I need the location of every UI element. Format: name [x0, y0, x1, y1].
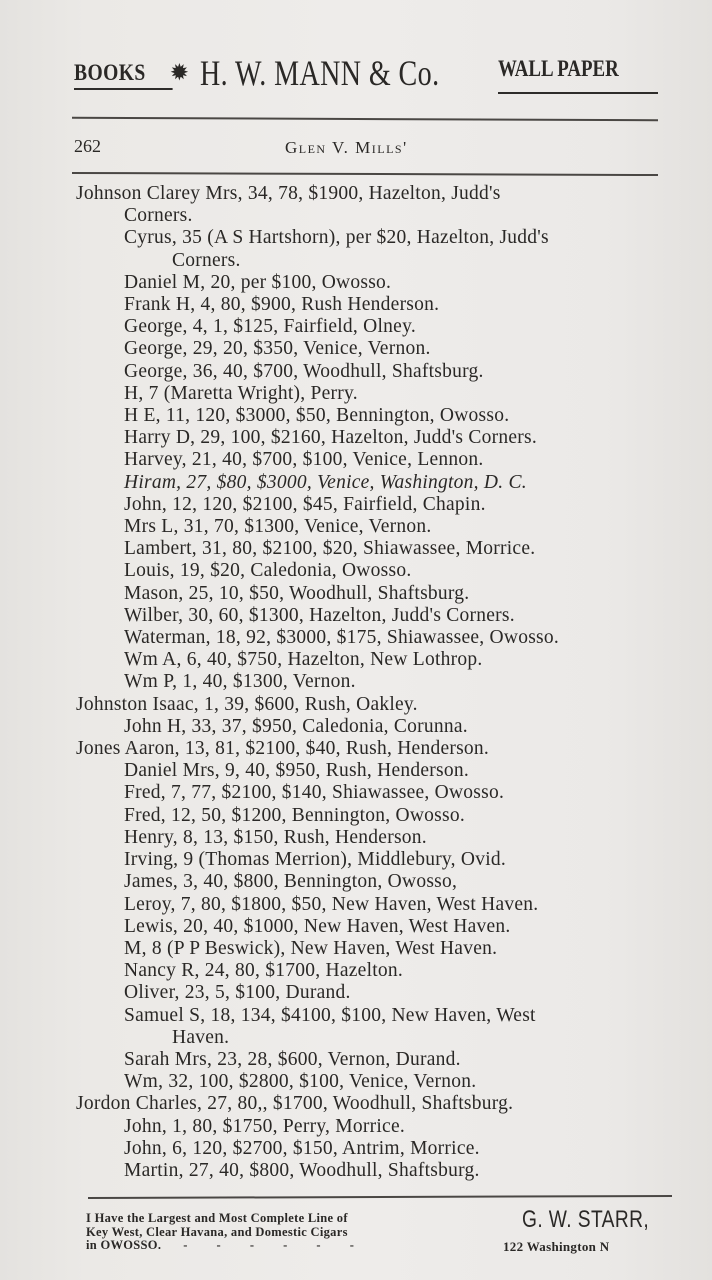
running-head-title: Glen V. Mills' [285, 138, 408, 158]
list-item: Samuel S, 18, 134, $4100, $100, New Have… [76, 1005, 666, 1049]
entry-text: Oliver, 23, 5, $100, Durand. [124, 982, 351, 1003]
list-item: John H, 33, 37, $950, Caledonia, Corunna… [76, 716, 666, 738]
list-item: Louis, 19, $20, Caledonia, Owosso. [76, 560, 666, 582]
entry-text: Jones Aaron, 13, 81, $2100, $40, Rush, H… [76, 738, 489, 759]
entry-text: Samuel S, 18, 134, $4100, $100, New Have… [124, 1005, 536, 1026]
entry-text: George, 29, 20, $350, Venice, Vernon. [124, 338, 431, 359]
entry-text: John, 12, 120, $2100, $45, Fairfield, Ch… [124, 494, 486, 515]
entry-text: Martin, 27, 40, $800, Woodhull, Shaftsbu… [124, 1160, 480, 1181]
entry-text: Sarah Mrs, 23, 28, $600, Vernon, Durand. [124, 1049, 461, 1070]
entry-continuation: Corners. [76, 205, 666, 227]
entry-continuation: Haven. [124, 1027, 666, 1049]
directory-page: BOOKS ✹ H. W. MANN & Co. WALL PAPER 262 … [0, 0, 712, 1280]
list-item: Oliver, 23, 5, $100, Durand. [76, 982, 666, 1004]
list-item: Fred, 12, 50, $1200, Bennington, Owosso. [76, 805, 666, 827]
list-item: Cyrus, 35 (A S Hartshorn), per $20, Haze… [76, 227, 666, 271]
list-item: Irving, 9 (Thomas Merrion), Middlebury, … [76, 849, 666, 871]
footer-ad-line-3-text: in OWOSSO. [86, 1238, 161, 1252]
list-item: H E, 11, 120, $3000, $50, Bennington, Ow… [76, 405, 666, 427]
list-item: Waterman, 18, 92, $3000, $175, Shiawasse… [76, 627, 666, 649]
entry-text: Daniel M, 20, per $100, Owosso. [124, 272, 391, 293]
entry-text: Wm A, 6, 40, $750, Hazelton, New Lothrop… [124, 649, 482, 670]
footer-ad-address: 122 Washington N [503, 1239, 609, 1255]
list-item: Wm, 32, 100, $2800, $100, Venice, Vernon… [76, 1071, 666, 1093]
footer-ad-text: I Have the Largest and Most Complete Lin… [86, 1212, 354, 1253]
entry-text: Hiram, 27, $80, $3000, Venice, Washingto… [124, 472, 527, 493]
list-item: George, 29, 20, $350, Venice, Vernon. [76, 338, 666, 360]
surname-entry: Jones Aaron, 13, 81, $2100, $40, Rush, H… [76, 738, 666, 760]
directory-entries: Johnson Clarey Mrs, 34, 78, $1900, Hazel… [76, 183, 666, 1182]
list-item: Daniel M, 20, per $100, Owosso. [76, 272, 666, 294]
entry-text: Frank H, 4, 80, $900, Rush Henderson. [124, 294, 439, 315]
ad-company-name: H. W. MANN & Co. [200, 52, 439, 94]
entry-text: Johnston Isaac, 1, 39, $600, Rush, Oakle… [76, 694, 418, 715]
entry-text: Fred, 12, 50, $1200, Bennington, Owosso. [124, 805, 465, 826]
ad-wallpaper-underline [498, 92, 658, 94]
list-item: Frank H, 4, 80, $900, Rush Henderson. [76, 294, 666, 316]
list-item: Fred, 7, 77, $2100, $140, Shiawassee, Ow… [76, 782, 666, 804]
entry-text: John H, 33, 37, $950, Caledonia, Corunna… [124, 716, 468, 737]
list-item: Martin, 27, 40, $800, Woodhull, Shaftsbu… [76, 1160, 666, 1182]
entry-text: Wm P, 1, 40, $1300, Vernon. [124, 671, 356, 692]
list-item: Daniel Mrs, 9, 40, $950, Rush, Henderson… [76, 760, 666, 782]
list-item: Harvey, 21, 40, $700, $100, Venice, Lenn… [76, 449, 666, 471]
list-item: Harry D, 29, 100, $2160, Hazelton, Judd'… [76, 427, 666, 449]
list-item: M, 8 (P P Beswick), New Haven, West Have… [76, 938, 666, 960]
entry-text: John, 6, 120, $2700, $150, Antrim, Morri… [124, 1138, 480, 1159]
ad-wallpaper-label: WALL PAPER [498, 56, 619, 84]
list-item: Mason, 25, 10, $50, Woodhull, Shaftsburg… [76, 583, 666, 605]
header-divider-bottom [72, 172, 658, 176]
entry-text: Daniel Mrs, 9, 40, $950, Rush, Henderson… [124, 760, 469, 781]
list-item: Lambert, 31, 80, $2100, $20, Shiawassee,… [76, 538, 666, 560]
entry-continuation: Corners. [124, 250, 666, 272]
entry-text: Irving, 9 (Thomas Merrion), Middlebury, … [124, 849, 506, 870]
entry-text: H E, 11, 120, $3000, $50, Bennington, Ow… [124, 405, 509, 426]
entry-text: Cyrus, 35 (A S Hartshorn), per $20, Haze… [124, 227, 549, 248]
entry-text: Nancy R, 24, 80, $1700, Hazelton. [124, 960, 403, 981]
surname-entry: Johnson Clarey Mrs, 34, 78, $1900, Hazel… [76, 183, 666, 227]
list-item: Leroy, 7, 80, $1800, $50, New Haven, Wes… [76, 894, 666, 916]
entry-text: Louis, 19, $20, Caledonia, Owosso. [124, 560, 411, 581]
entry-text: Johnson Clarey Mrs, 34, 78, $1900, Hazel… [76, 183, 501, 204]
list-item: James, 3, 40, $800, Bennington, Owosso, [76, 871, 666, 893]
page-number: 262 [74, 136, 101, 157]
list-item: Wm A, 6, 40, $750, Hazelton, New Lothrop… [76, 649, 666, 671]
entry-text: H, 7 (Maretta Wright), Perry. [124, 383, 358, 404]
list-item: Henry, 8, 13, $150, Rush, Henderson. [76, 827, 666, 849]
entry-text: Lewis, 20, 40, $1000, New Haven, West Ha… [124, 916, 511, 937]
list-item: Wm P, 1, 40, $1300, Vernon. [76, 671, 666, 693]
entry-text: Henry, 8, 13, $150, Rush, Henderson. [124, 827, 427, 848]
footer-ad-merchant-name: G. W. STARR, [522, 1206, 649, 1234]
list-item: Lewis, 20, 40, $1000, New Haven, West Ha… [76, 916, 666, 938]
list-item: George, 4, 1, $125, Fairfield, Olney. [76, 316, 666, 338]
footer-ad-line-3: in OWOSSO.- - - - - - [86, 1239, 354, 1253]
entry-text: Lambert, 31, 80, $2100, $20, Shiawassee,… [124, 538, 535, 559]
entry-text: Mason, 25, 10, $50, Woodhull, Shaftsburg… [124, 583, 469, 604]
list-item: Mrs L, 31, 70, $1300, Venice, Vernon. [76, 516, 666, 538]
entry-text: Wm, 32, 100, $2800, $100, Venice, Vernon… [124, 1071, 476, 1092]
list-item: Sarah Mrs, 23, 28, $600, Vernon, Durand. [76, 1049, 666, 1071]
list-item: H, 7 (Maretta Wright), Perry. [76, 383, 666, 405]
list-item: Hiram, 27, $80, $3000, Venice, Washingto… [76, 472, 666, 494]
entry-text: George, 4, 1, $125, Fairfield, Olney. [124, 316, 416, 337]
entry-text: George, 36, 40, $700, Woodhull, Shaftsbu… [124, 361, 484, 382]
footer-ad-dashes: - - - - - - [161, 1239, 354, 1253]
entry-text: Wilber, 30, 60, $1300, Hazelton, Judd's … [124, 605, 515, 626]
entry-text: Waterman, 18, 92, $3000, $175, Shiawasse… [124, 627, 559, 648]
footer-divider [88, 1195, 672, 1199]
list-item: Wilber, 30, 60, $1300, Hazelton, Judd's … [76, 605, 666, 627]
entry-text: M, 8 (P P Beswick), New Haven, West Have… [124, 938, 497, 959]
list-item: John, 1, 80, $1750, Perry, Morrice. [76, 1116, 666, 1138]
entry-text: John, 1, 80, $1750, Perry, Morrice. [124, 1116, 405, 1137]
list-item: John, 12, 120, $2100, $45, Fairfield, Ch… [76, 494, 666, 516]
entry-text: Jordon Charles, 27, 80,, $1700, Woodhull… [76, 1093, 513, 1114]
entry-text: Harry D, 29, 100, $2160, Hazelton, Judd'… [124, 427, 537, 448]
entry-text: Mrs L, 31, 70, $1300, Venice, Vernon. [124, 516, 432, 537]
list-item: Nancy R, 24, 80, $1700, Hazelton. [76, 960, 666, 982]
entry-text: Leroy, 7, 80, $1800, $50, New Haven, Wes… [124, 894, 538, 915]
header-divider-top [72, 117, 658, 121]
surname-entry: Johnston Isaac, 1, 39, $600, Rush, Oakle… [76, 694, 666, 716]
footer-ad-line-1: I Have the Largest and Most Complete Lin… [86, 1212, 354, 1226]
entry-text: Fred, 7, 77, $2100, $140, Shiawassee, Ow… [124, 782, 504, 803]
entry-text: Harvey, 21, 40, $700, $100, Venice, Lenn… [124, 449, 484, 470]
ad-books-label: BOOKS [74, 60, 173, 90]
header-advertisement: BOOKS ✹ H. W. MANN & Co. WALL PAPER [74, 52, 664, 102]
list-item: George, 36, 40, $700, Woodhull, Shaftsbu… [76, 361, 666, 383]
footer-ad-line-2: Key West, Clear Havana, and Domestic Cig… [86, 1226, 354, 1240]
surname-entry: Jordon Charles, 27, 80,, $1700, Woodhull… [76, 1093, 666, 1115]
asterisk-ornament-icon: ✹ [171, 60, 188, 84]
list-item: John, 6, 120, $2700, $150, Antrim, Morri… [76, 1138, 666, 1160]
entry-text: James, 3, 40, $800, Bennington, Owosso, [124, 871, 457, 892]
